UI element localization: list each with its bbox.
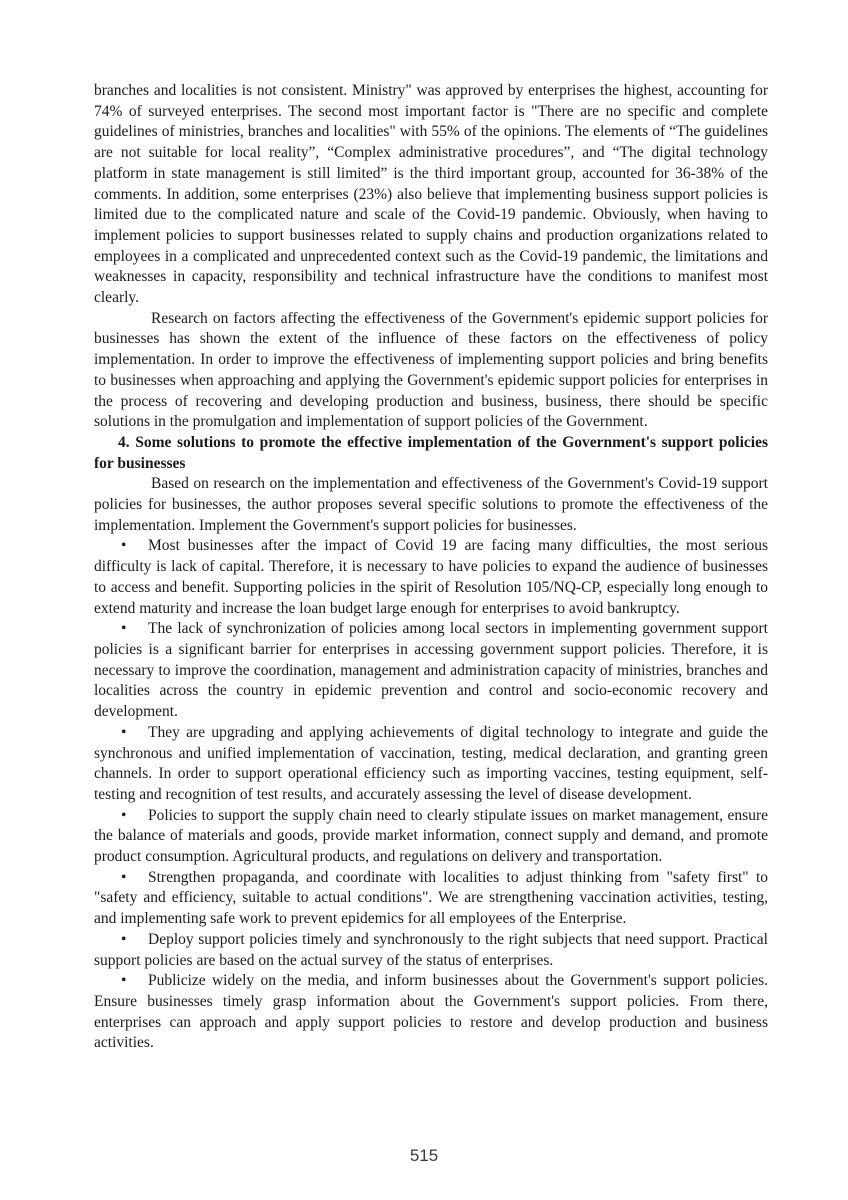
bullet-text: Strengthen propaganda, and coordinate wi… (94, 869, 768, 927)
bullet-icon: • (94, 806, 148, 827)
bullet-item: •Strengthen propaganda, and coordinate w… (94, 868, 768, 930)
page-number: 515 (0, 1146, 848, 1166)
bullet-icon: • (94, 723, 148, 744)
bullet-item: •Most businesses after the impact of Cov… (94, 536, 768, 619)
paragraph: Research on factors affecting the effect… (94, 309, 768, 433)
bullet-icon: • (94, 536, 148, 557)
paragraph: branches and localities is not consisten… (94, 81, 768, 309)
document-page: branches and localities is not consisten… (0, 0, 848, 1200)
bullet-text: The lack of synchronization of policies … (94, 620, 768, 720)
bullet-item: •Policies to support the supply chain ne… (94, 806, 768, 868)
text-block: branches and localities is not consisten… (94, 81, 768, 1054)
bullet-icon: • (94, 930, 148, 951)
bullet-item: •The lack of synchronization of policies… (94, 619, 768, 723)
bullet-icon: • (94, 868, 148, 889)
bullet-icon: • (94, 619, 148, 640)
bullet-item: •They are upgrading and applying achieve… (94, 723, 768, 806)
bullet-item: •Publicize widely on the media, and info… (94, 971, 768, 1054)
bullet-icon: • (94, 971, 148, 992)
bullet-text: Publicize widely on the media, and infor… (94, 972, 768, 1051)
bullet-text: Policies to support the supply chain nee… (94, 807, 768, 865)
section-heading: 4. Some solutions to promote the effecti… (94, 433, 768, 474)
paragraph: Based on research on the implementation … (94, 474, 768, 536)
bullet-text: Deploy support policies timely and synch… (94, 931, 768, 969)
bullet-text: They are upgrading and applying achievem… (94, 724, 768, 803)
bullet-item: •Deploy support policies timely and sync… (94, 930, 768, 971)
bullet-text: Most businesses after the impact of Covi… (94, 537, 768, 616)
